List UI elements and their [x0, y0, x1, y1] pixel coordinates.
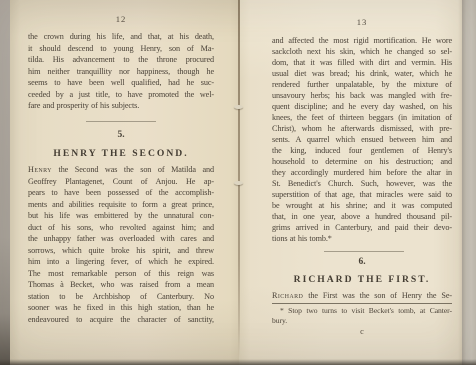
text-line: they accordingly murdered him before the…	[272, 167, 452, 178]
footnote: * Stop two turns to visit Becket's tomb,…	[272, 306, 452, 326]
text-line: it should descend to young Henry, son of…	[28, 43, 214, 55]
text-line: tions at his tomb.*	[272, 233, 452, 244]
text-line: him into a lingering fever, of which he …	[28, 256, 214, 268]
gutter-seam	[238, 0, 240, 358]
footnote-rule	[272, 303, 452, 304]
text-line: ceeded by a just title, to have promoted…	[28, 89, 214, 101]
text-line: sents. A quarrel which ensued between hi…	[272, 134, 452, 145]
henry-paragraph: Henry the Second was the son of Matilda …	[28, 164, 214, 325]
text-line: rendered further unpalatable, by the mix…	[272, 79, 452, 90]
text-line: sooner was he fixed in this high station…	[28, 302, 214, 314]
page-number-right: 13	[272, 17, 452, 27]
text-line: Henry the Second was the son of Matilda …	[28, 164, 214, 176]
text-line: that, in one year, above a hundred thous…	[272, 211, 452, 222]
text-line: seems to have been well qualified, had h…	[28, 77, 214, 89]
text-line: superstition of that age, that miracles …	[272, 189, 452, 200]
signature-mark: c	[272, 327, 452, 336]
text-line: household to determine on his destructio…	[272, 156, 452, 167]
section-title-richard: RICHARD THE FIRST.	[272, 274, 452, 285]
text-line: usual diet was bread; his drink, water, …	[272, 68, 452, 79]
text-line: tilda. His advancement to the throne pro…	[28, 54, 214, 66]
continuation-paragraph: and affected the most rigid mortificatio…	[272, 35, 452, 244]
intro-paragraph: the crown during his life, and that, at …	[28, 31, 214, 112]
photo-left-margin	[0, 0, 10, 365]
text-line: Richard the First was the son of Henry t…	[272, 290, 452, 301]
text-line: Christ), whom he afterwards dismissed, w…	[272, 123, 452, 134]
text-line: him neither tranquillity nor happiness, …	[28, 66, 214, 78]
stitch-thread	[234, 181, 243, 185]
page-number-left: 12	[28, 14, 214, 24]
text-line: Geoffrey Plantagenet, Count of Anjou. He…	[28, 176, 214, 188]
section-divider-left	[86, 121, 156, 122]
text-line: Thomas à Becket, who was raised from a m…	[28, 279, 214, 291]
stitch-thread	[234, 105, 243, 109]
text-line: sorrows, which quite broke his spirit, a…	[28, 245, 214, 257]
text-line: the king, induced four gentlemen of Henr…	[272, 145, 452, 156]
text-line: pears to have been possessed of the acco…	[28, 187, 214, 199]
text-line: station to be Archbishop of Canterbury. …	[28, 291, 214, 303]
section-number-5: 5.	[28, 130, 214, 140]
section-divider-right	[324, 251, 404, 252]
book-photo: 12 the crown during his life, and that, …	[0, 0, 476, 365]
text-line: but his life was embittered by the unnat…	[28, 210, 214, 222]
text-line: The most remarkable person of this reign…	[28, 268, 214, 280]
text-line: grims arrived in Canterbury, and paid th…	[272, 222, 452, 233]
text-line: ments and abilities requisite to form a …	[28, 199, 214, 211]
section-number-6: 6.	[272, 257, 452, 267]
text-line: bury.	[272, 316, 452, 326]
text-line: the unhappy father was overloaded with c…	[28, 233, 214, 245]
text-line: unsavoury herbs; his back was mangled wi…	[272, 90, 452, 101]
page-edges-right	[458, 0, 476, 365]
text-line: the crown during his life, and that, at …	[28, 31, 214, 43]
text-line: * Stop two turns to visit Becket's tomb,…	[272, 306, 452, 316]
text-line: and affected the most rigid mortificatio…	[272, 35, 452, 46]
text-line: sackcloth next his skin, which he change…	[272, 46, 452, 57]
text-line: endeavoured to acquire the character of …	[28, 314, 214, 326]
text-line: duct of his sons, who revolted against h…	[28, 222, 214, 234]
text-line: fare and prosperity of his subjects.	[28, 100, 214, 112]
book-bottom-edge	[0, 359, 476, 365]
text-line: quent discipline; and he every day washe…	[272, 101, 452, 112]
text-line: be wrought at his shrine; and it was com…	[272, 200, 452, 211]
text-line: St. Benedict's Church. Such, however, wa…	[272, 178, 452, 189]
section-title-henry: HENRY THE SECOND.	[28, 148, 214, 159]
text-line: dom, that it was filled with dirt and ve…	[272, 57, 452, 68]
text-line: knees, the feet of thirteen beggars (in …	[272, 112, 452, 123]
richard-paragraph: Richard the First was the son of Henry t…	[272, 290, 452, 301]
